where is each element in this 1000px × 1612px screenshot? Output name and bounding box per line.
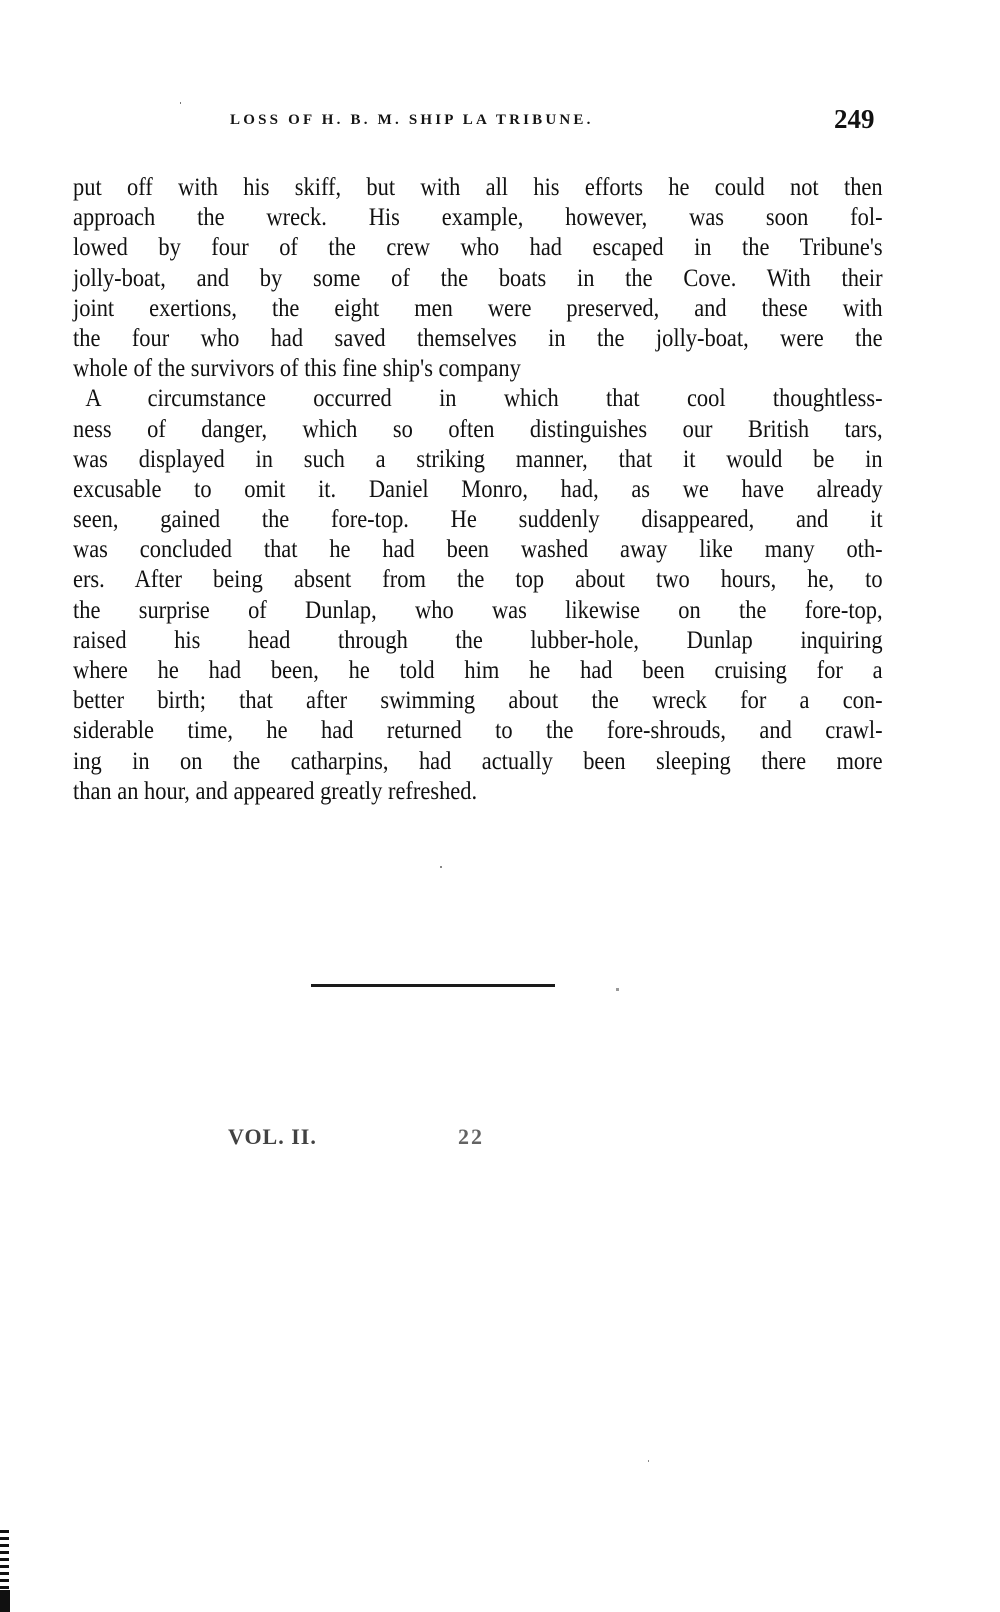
text-line: better birth; that after swimming about … bbox=[73, 685, 883, 715]
scan-edge-artifact bbox=[0, 1530, 9, 1612]
printer-signature-number: 22 bbox=[458, 1124, 484, 1150]
text-line: the four who had saved themselves in the… bbox=[73, 323, 883, 353]
paragraph-start-line: A circumstance occurred in which that co… bbox=[73, 383, 883, 413]
text-line: put off with his skiff, but with all his… bbox=[73, 172, 883, 202]
text-line: jolly-boat, and by some of the boats in … bbox=[73, 263, 883, 293]
text-line: approach the wreck. His example, however… bbox=[73, 202, 883, 232]
print-speck bbox=[440, 866, 442, 868]
text-line: was displayed in such a striking manner,… bbox=[73, 444, 883, 474]
body-text: put off with his skiff, but with all his… bbox=[73, 172, 883, 806]
section-separator-rule bbox=[311, 984, 555, 987]
running-title: LOSS OF H. B. M. SHIP LA TRIBUNE. bbox=[230, 112, 700, 129]
text-line: siderable time, he had returned to the f… bbox=[73, 715, 883, 745]
text-line: where he had been, he told him he had be… bbox=[73, 655, 883, 685]
paragraph-end-line: than an hour, and appeared greatly refre… bbox=[73, 776, 883, 806]
print-speck bbox=[648, 1460, 649, 1462]
text-line: joint exertions, the eight men were pres… bbox=[73, 293, 883, 323]
text-line: was concluded that he had been washed aw… bbox=[73, 534, 883, 564]
text-line: excusable to omit it. Daniel Monro, had,… bbox=[73, 474, 883, 504]
text-line: the surprise of Dunlap, who was likewise… bbox=[73, 595, 883, 625]
text-line: ers. After being absent from the top abo… bbox=[73, 564, 883, 594]
text-line: ing in on the catharpins, had actually b… bbox=[73, 746, 883, 776]
text-line: raised his head through the lubber-hole,… bbox=[73, 625, 883, 655]
text-line: seen, gained the fore-top. He suddenly d… bbox=[73, 504, 883, 534]
page-number: 249 bbox=[834, 104, 875, 135]
print-speck bbox=[616, 988, 619, 991]
text-line: ness of danger, which so often distingui… bbox=[73, 414, 883, 444]
printer-signature-volume: VOL. II. bbox=[228, 1124, 317, 1150]
text-line: lowed by four of the crew who had escape… bbox=[73, 232, 883, 262]
print-speck bbox=[180, 102, 181, 104]
paragraph-end-line: whole of the survivors of this fine ship… bbox=[73, 353, 883, 383]
